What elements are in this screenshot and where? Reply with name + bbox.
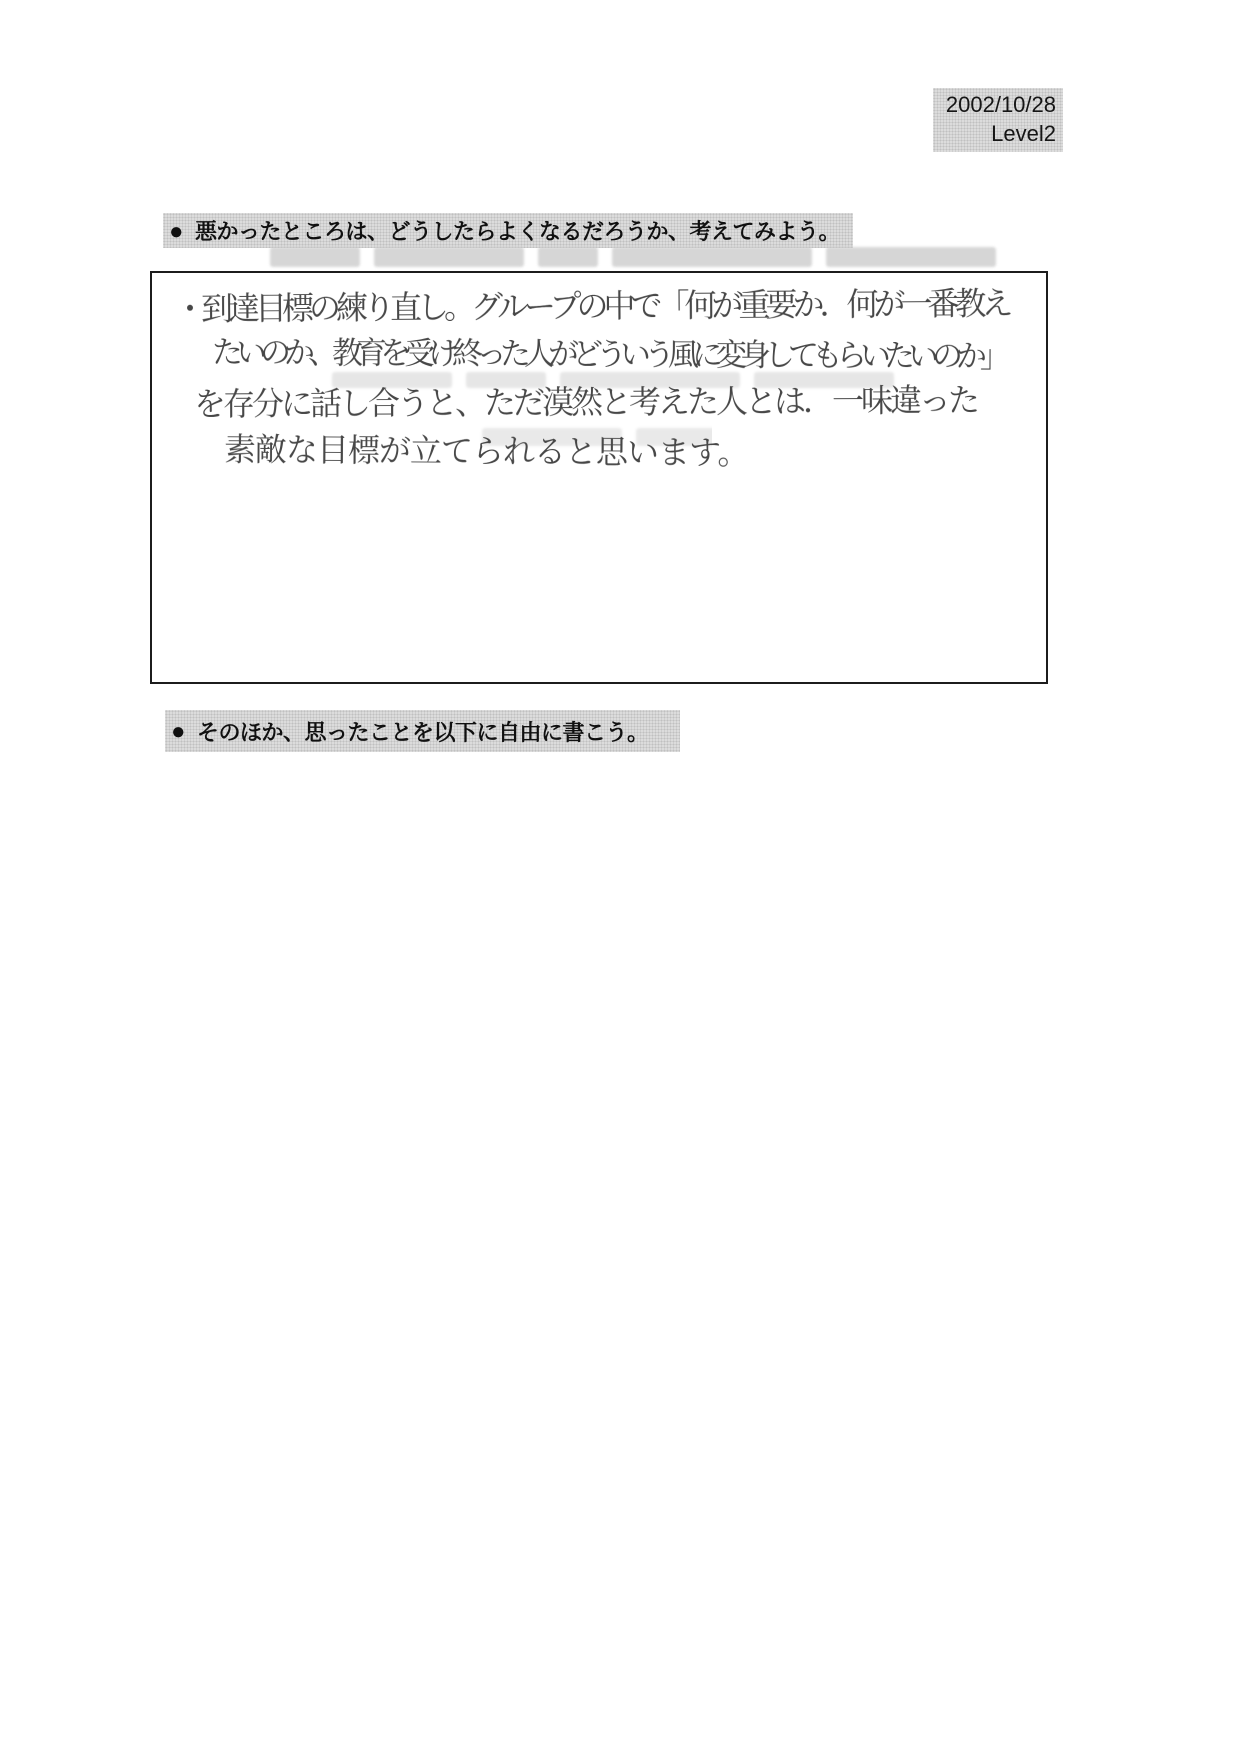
ghost-blob (374, 247, 524, 267)
prompt-improvement-text: 悪かったところは、どうしたらよくなるだろうか、考えてみよう。 (195, 215, 840, 246)
ghost-blob (538, 247, 598, 267)
bullet-icon: ● (169, 220, 183, 244)
header-level: Level2 (991, 120, 1056, 149)
prompt-free-comment-text: そのほか、思ったことを以下に自由に書こう。 (197, 716, 649, 747)
header-date: 2002/10/28 (946, 91, 1056, 120)
header-date-block: 2002/10/28 Level2 (933, 88, 1063, 152)
whiteout-patch (712, 423, 1042, 483)
bullet-icon: ● (171, 720, 185, 744)
ghost-blob (612, 247, 812, 267)
ghost-blob (270, 247, 360, 267)
handwritten-line-1: ・到達目標の練り直し。グループの中で「何が重要か．何が一番教え (174, 278, 1009, 330)
handwritten-line-2: たいのか、教育を受け終った人がどういう風に変身してもらいたいのか」 (212, 327, 1004, 376)
prompt-improvement: ● 悪かったところは、どうしたらよくなるだろうか、考えてみよう。 (163, 213, 853, 248)
ghost-blob (826, 247, 996, 267)
answer-box: ・到達目標の練り直し。グループの中で「何が重要か．何が一番教え たいのか、教育を… (150, 271, 1048, 684)
handwritten-line-4: 素敵な目標が立てられると思います。 (224, 424, 749, 474)
prompt-free-comment: ● そのほか、思ったことを以下に自由に書こう。 (165, 710, 680, 752)
handwritten-line-3: を存分に話し合うと、ただ漠然と考えた人とは．一味違った (194, 375, 977, 425)
scanned-questionnaire-page: 2002/10/28 Level2 ● 悪かったところは、どうしたらよくなるだろ… (0, 0, 1240, 1754)
